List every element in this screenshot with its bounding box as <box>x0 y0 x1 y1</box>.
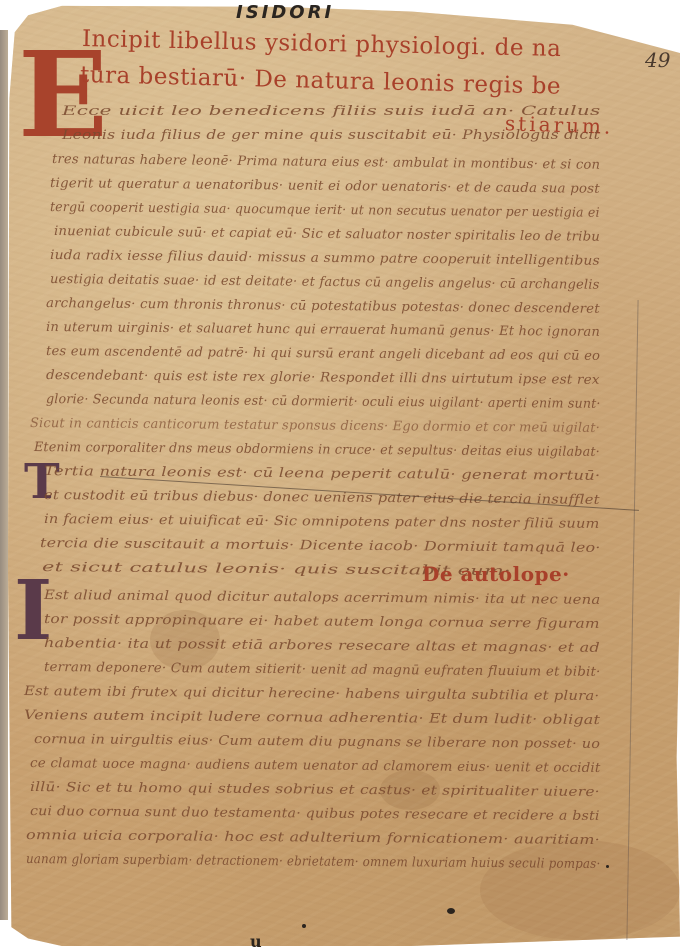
shelfmark-label: ISIDORI <box>236 2 334 23</box>
section-rubric-de-autolope: De autolope· <box>422 562 570 586</box>
text-line: Ecce uicit leo benedicens filiis suis iu… <box>62 104 459 119</box>
stain <box>480 840 680 940</box>
binding-edge <box>0 30 8 920</box>
bottom-signature-mark: u <box>250 932 262 950</box>
manuscript-page: ISIDORI 49 E Incipit libellus ysidori ph… <box>0 0 686 950</box>
ink-spot <box>302 924 306 928</box>
folio-number: 49 <box>645 48 670 72</box>
text-line: Leonis iuda filius de ger mine quis susc… <box>62 128 600 143</box>
ink-spot <box>447 908 455 914</box>
ink-spot <box>606 865 609 868</box>
